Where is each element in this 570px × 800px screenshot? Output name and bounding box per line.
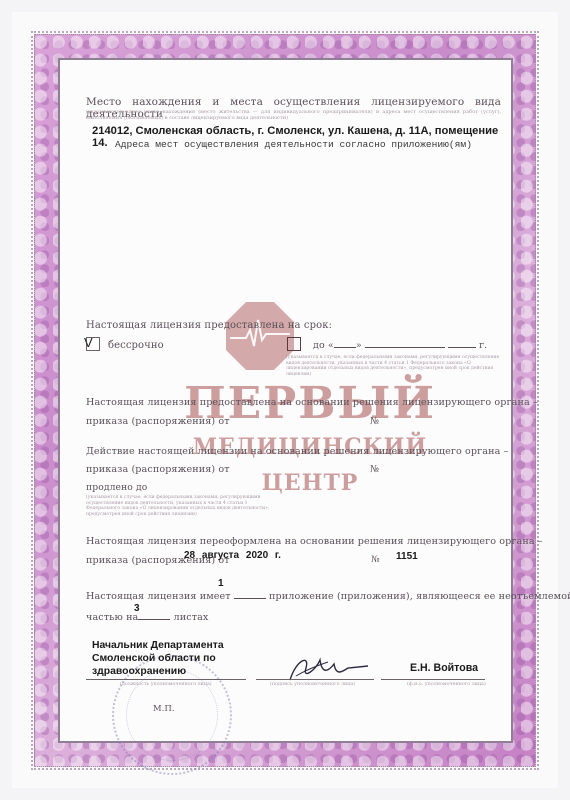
activity-place-hint: (указываются адрес места нахождения (мес… (86, 109, 501, 121)
extension-line2: приказа (распоряжения) от (86, 464, 230, 475)
address-note: Адреса мест осуществления деятельности с… (115, 139, 495, 150)
until-month-field (365, 347, 445, 348)
appendix-line2-prefix: частью на (86, 612, 138, 623)
signatory-position: Начальник Департамента Смоленской област… (92, 639, 224, 678)
name-hint: (ф.и.о. уполномоченного лица) (407, 682, 486, 688)
extended-until-hint: (указывается в случае, если федеральными… (86, 495, 282, 517)
appendix-line2-suffix: листах (174, 612, 209, 623)
reissue-line1: Настоящая лицензия переоформлена на осно… (86, 536, 543, 547)
extended-until-label: продлено до (86, 482, 147, 493)
until-prefix: до « (313, 340, 334, 351)
appendix-line1-suffix: приложение (приложения), являющееся ее н… (269, 591, 570, 602)
indefinite-label: бессрочно (108, 340, 164, 351)
extension-line1: Действие настоящей лицензии на основании… (86, 446, 508, 457)
extension-number-sign: № (370, 464, 379, 475)
appendix-line1-prefix: Настоящая лицензия имеет (86, 591, 231, 602)
term-label: Настоящая лицензия предоставлена на срок… (86, 320, 332, 331)
basis-number-sign: № (370, 416, 379, 427)
appendix-count-field (234, 598, 266, 599)
name-line (381, 679, 485, 680)
seal-label: М.П. (153, 703, 175, 713)
term-until-checkbox[interactable] (287, 337, 301, 351)
signature (282, 650, 372, 686)
reissue-number-sign: № (371, 555, 380, 565)
until-suffix: г. (479, 340, 487, 351)
position-hint: (должность уполномоченного лица) (120, 682, 212, 688)
appendix-count: 1 (218, 578, 224, 589)
reissue-date-month: августа (202, 550, 239, 561)
signature-hint: (подпись уполномоченного лица) (270, 682, 355, 688)
reissue-order-number: 1151 (396, 551, 418, 562)
term-until-line: до «» г. (313, 340, 487, 351)
check-mark: V (84, 335, 93, 350)
term-until-hint: (указывается в случае, если федеральными… (286, 355, 500, 377)
sheet-count-field (138, 619, 170, 620)
appendix-line2: частью на листах (86, 612, 208, 623)
basis-line1: Настоящая лицензия предоставлена на осно… (86, 397, 538, 408)
signatory-position-line3: здравоохранению (92, 665, 224, 678)
signatory-position-line1: Начальник Департамента (92, 639, 224, 652)
until-year-field (448, 347, 476, 348)
signatory-position-line2: Смоленской области по (92, 652, 224, 665)
until-mid: » (356, 340, 362, 351)
signature-line (256, 679, 374, 680)
signatory-name: Е.Н. Войтова (410, 662, 478, 674)
until-day-field (334, 347, 356, 348)
reissue-date: 28 августа 2020 г. (184, 550, 281, 561)
appendix-line1: Настоящая лицензия имеет приложение (при… (86, 591, 570, 602)
reissue-date-year: 2020 г. (246, 550, 281, 561)
reissue-date-day: 28 (184, 550, 195, 561)
position-line (86, 679, 246, 680)
basis-line2: приказа (распоряжения) от (86, 416, 230, 427)
